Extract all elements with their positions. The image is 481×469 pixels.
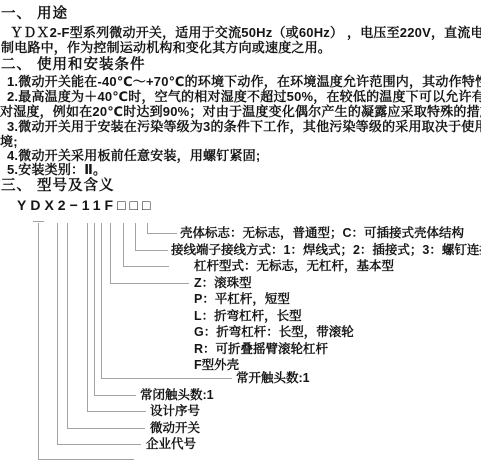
diagram-label-micro-switch: 微动开关 <box>150 421 200 435</box>
section3-title: 三、 型号及含义 <box>1 174 115 195</box>
diagram-label-lever-g: G：折弯杠杆：长型，带滚轮 <box>194 325 354 339</box>
diagram-label-company-code: 企业代号 <box>146 437 196 451</box>
model-code: YDX2−11F□□□ <box>17 197 154 213</box>
section2-line3a: 3.微动开关用于安装在污染等级为3的条件下工作，其他污染等级的采用取决于使用的微… <box>7 116 481 135</box>
diagram-label-lever-type: 杠杆型式：无标志，无杠杆，基本型 <box>194 259 394 273</box>
diagram-label-lever-r: R：可折叠摇臂滚轮杠杆 <box>194 342 328 356</box>
diagram-label-nc-contacts: 常闭触头数:1 <box>140 388 214 402</box>
diagram-label-shell-mark: 壳体标志：无标志，普通型；C：可插接式壳体结构 <box>180 226 464 240</box>
diagram-label-lever-l: L：折弯杠杆，长型 <box>194 309 302 323</box>
diagram-label-lever-p: P：平杠杆，短型 <box>194 292 290 306</box>
diagram-label-lever-z: Z：滚珠型 <box>194 276 252 290</box>
diagram-label-f-housing: F型外壳 <box>194 358 239 372</box>
diagram-label-design-serial: 设计序号 <box>150 404 200 418</box>
tick-dash <box>33 221 44 222</box>
section1-title: 一、 用途 <box>1 2 68 23</box>
leader-line-unlabeled <box>38 223 134 460</box>
datasheet-page: 一、 用途 ＹＤＸ2-F型系列微动开关，适用于交流50Hz（或60Hz） ，电压… <box>0 0 481 469</box>
diagram-label-terminal-wiring: 接线端子接线方式：1：焊线式；2：插接式；3：螺钉连接 <box>171 243 481 257</box>
diagram-label-no-contacts: 常开触头数:1 <box>236 371 310 385</box>
